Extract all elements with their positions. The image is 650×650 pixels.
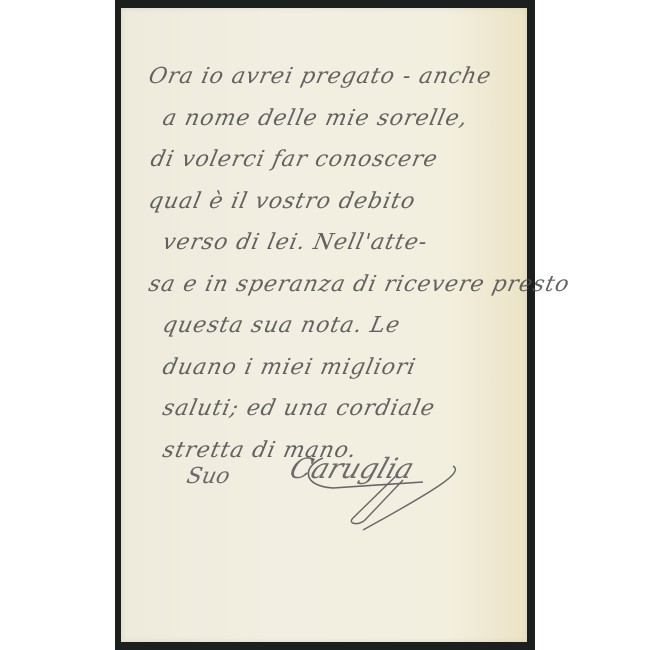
letter-line-5: verso di lei. Nell'atte- xyxy=(145,222,524,264)
letter-line-3: di volerci far conoscere xyxy=(145,139,524,181)
letter-line-7: questa sua nota. Le xyxy=(145,305,524,347)
letter-line-2: a nome delle mie sorelle, xyxy=(145,98,524,140)
letter-paper: Ora io avrei pregato - anche a nome dell… xyxy=(121,8,527,642)
letter-line-1: Ora io avrei pregato - anche xyxy=(145,56,524,98)
scan-frame: Ora io avrei pregato - anche a nome dell… xyxy=(115,0,535,650)
letter-line-9: saluti; ed una cordiale xyxy=(145,388,524,430)
letter-body: Ora io avrei pregato - anche a nome dell… xyxy=(149,56,519,471)
letter-line-8: duano i miei migliori xyxy=(145,347,524,389)
letter-line-4: qual è il vostro debito xyxy=(145,181,524,223)
letter-line-6: sa e in speranza di ricevere presto xyxy=(145,264,524,306)
signature-flourish-icon xyxy=(303,446,483,536)
closing-word: Suo xyxy=(184,464,232,489)
signature-block: Suo Caruglia xyxy=(183,446,483,516)
